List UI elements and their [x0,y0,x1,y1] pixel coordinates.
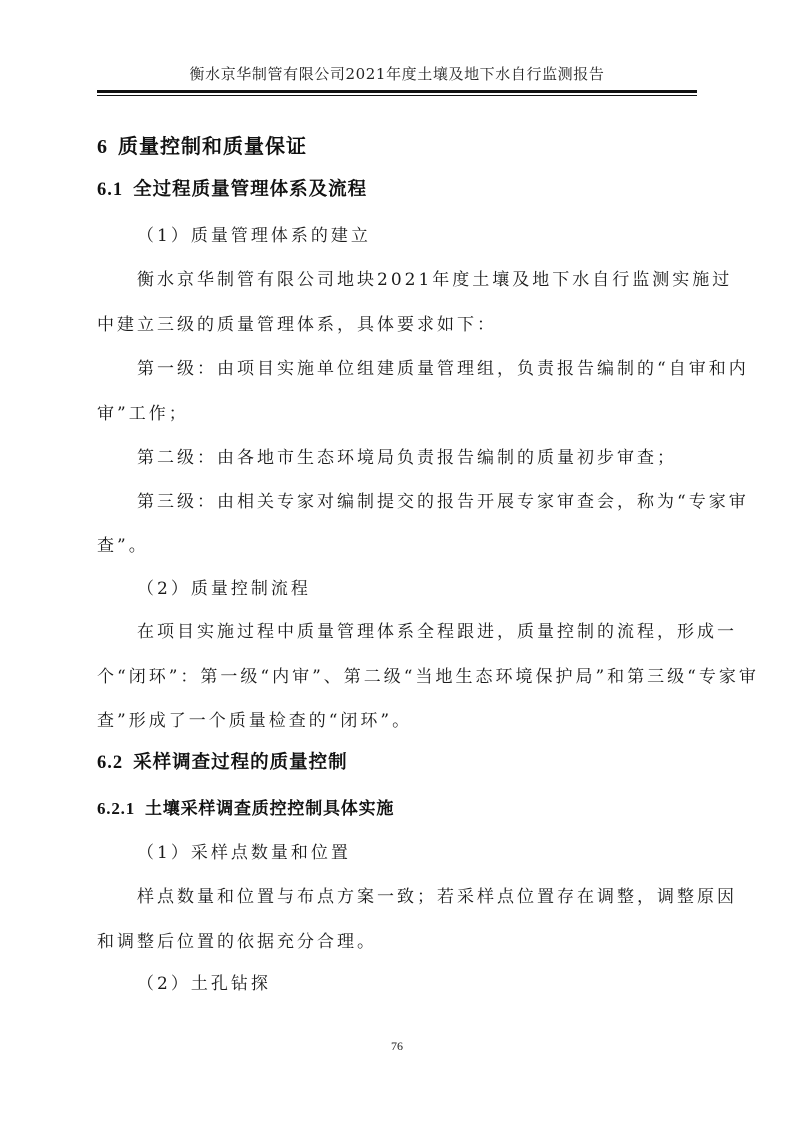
paragraph-line: 衡水京华制管有限公司地块2021年度土壤及地下水自行监测实施过 [137,265,732,290]
section-title: 采样调查过程的质量控制 [133,752,348,773]
heading-section-6-2-1: 6.2.1土壤采样调查质控控制具体实施 [97,794,394,819]
document-page: 衡水京华制管有限公司2021年度土壤及地下水自行监测报告 6质量控制和质量保证 … [0,0,794,1123]
paragraph-line: 样点数量和位置与布点方案一致；若采样点位置存在调整，调整原因 [137,882,737,907]
paragraph-line: 查”。 [97,531,149,556]
header-rule-thin [97,95,697,96]
section-title: 全过程质量管理体系及流程 [133,179,367,200]
paragraph-line: 中建立三级的质量管理体系，具体要求如下： [97,310,497,335]
list-item-heading: （2）土孔钻探 [137,969,271,994]
paragraph-line: 查”形成了一个质量检查的“闭环”。 [97,706,412,731]
list-item-heading: （2）质量控制流程 [137,574,311,599]
section-number: 6.1 [97,180,123,200]
section-number: 6.2 [97,753,123,773]
section-number: 6 [97,136,108,158]
section-title: 质量控制和质量保证 [118,134,307,158]
heading-section-6-1: 6.1全过程质量管理体系及流程 [97,175,367,201]
list-item-heading: （1）质量管理体系的建立 [137,221,371,246]
paragraph-line: 第二级：由各地市生态环境局负责报告编制的质量初步审查； [137,443,677,468]
header-rule-thick [97,90,697,93]
paragraph-line: 个“闭环”：第一级“内审”、第二级“当地生态环境保护局”和第三级“专家审 [97,662,759,687]
paragraph-line: 在项目实施过程中质量管理体系全程跟进，质量控制的流程，形成一 [137,617,737,642]
list-item-heading: （1）采样点数量和位置 [137,838,351,863]
running-header-title: 衡水京华制管有限公司2021年度土壤及地下水自行监测报告 [97,63,697,84]
heading-section-6: 6质量控制和质量保证 [97,130,307,159]
section-number: 6.2.1 [97,799,135,818]
section-title: 土壤采样调查质控控制具体实施 [145,799,394,819]
paragraph-line: 和调整后位置的依据充分合理。 [97,927,377,952]
paragraph-line: 第一级：由项目实施单位组建质量管理组，负责报告编制的“自审和内 [137,354,749,379]
heading-section-6-2: 6.2采样调查过程的质量控制 [97,748,348,774]
paragraph-line: 第三级：由相关专家对编制提交的报告开展专家审查会，称为“专家审 [137,487,749,512]
page-number: 76 [0,1039,794,1054]
paragraph-line: 审”工作； [97,399,189,424]
